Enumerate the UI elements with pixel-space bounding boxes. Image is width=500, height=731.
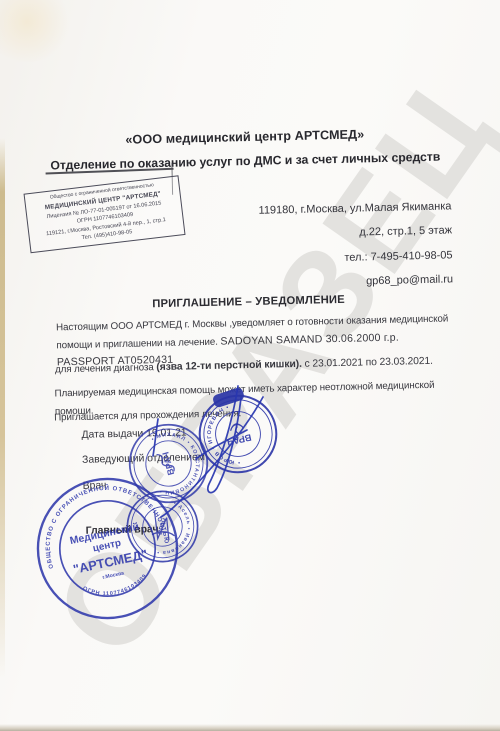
department-subtitle: Отделение по оказанию услуг по ДМС и за … — [0, 148, 495, 173]
caduceus-icon — [229, 423, 244, 436]
treatment-dates-text: с 23.01.2021 по 23.03.2021. — [302, 356, 433, 370]
photo-bottom-edge — [0, 724, 500, 731]
photo-left-edge — [0, 138, 5, 678]
seal-center-text: г.Москва — [102, 570, 125, 580]
diagnosis-prefix-text: для лечения диагноза — [55, 362, 157, 375]
photographed-document-page: ОБРАЗЕЦ «ООО медицинский центр АРТСМЕД» … — [0, 0, 500, 731]
address-block: 119180, г.Москва, ул.Малая Якиманка д.22… — [0, 194, 453, 302]
doctor-personal-stamp: • Асель • Ивановна • ВРАЧ — [118, 482, 207, 571]
stamp-center-text: ВРАЧ — [226, 432, 252, 447]
organization-title: «ООО медицинский центр АРТСМЕД» — [0, 124, 495, 149]
diagnosis-text: (язва 12-ти перстной кишки). — [156, 359, 302, 373]
